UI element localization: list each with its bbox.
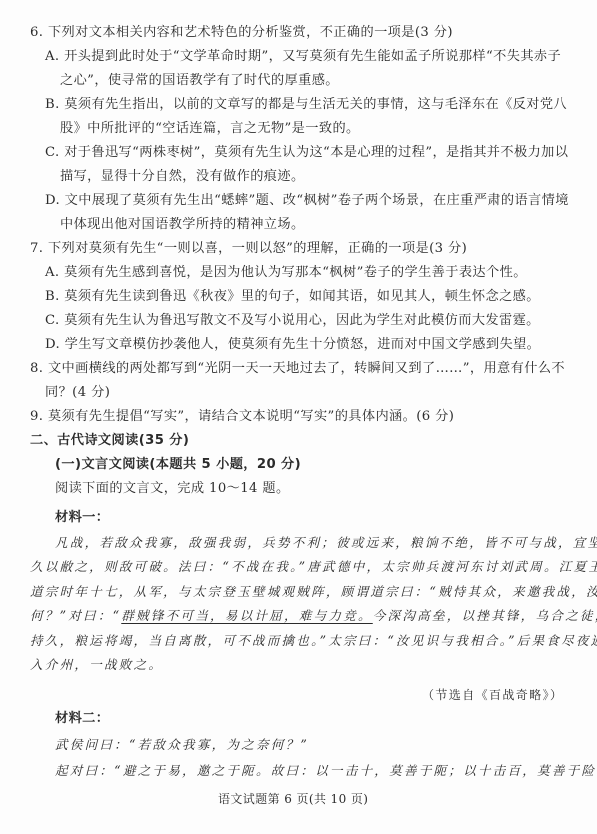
- question-7-stem: 7. 下列对莫须有先生“一则以喜，一则以怒”的理解，正确的一项是(3 分): [30, 240, 467, 258]
- material-one-line4-prefix: 何？”对曰：“: [30, 608, 121, 623]
- question-9-stem: 9. 莫须有先生提倡“写实”，请结合文本说明“写实”的具体内涵。(6 分): [30, 408, 454, 426]
- question-6-option-a-line1: A. 开头提到此时处于“文学革命时期”，又写莫须有先生能如孟子所说那样“不失其赤…: [45, 48, 561, 66]
- material-one-line6: 入介州，一战败之。: [30, 656, 163, 674]
- material-one-line4-suffix: 今深沟高垒，以挫其锋，乌合之徒，莫能: [373, 608, 597, 623]
- question-8-stem-line1: 8. 文中画横线的两处都写到“光阴一天一天地过去了，转瞬间又到了……”，用意有什…: [30, 360, 565, 378]
- question-6-option-c-line2: 描写，显得十分自然，没有做作的痕迹。: [60, 168, 305, 186]
- section-title: 二、古代诗文阅读(35 分): [30, 432, 189, 450]
- question-7-option-d: D. 学生写文章模仿抄袭他人，使莫须有先生十分愤怒，进而对中国文学感到失望。: [45, 336, 540, 354]
- reading-instruction: 阅读下面的文言文，完成 10～14 题。: [55, 480, 290, 498]
- question-6-option-a-line2: 之心”，使寻常的国语教学有了时代的厚重感。: [60, 72, 339, 90]
- material-one-line4: 何？”对曰：“群贼锋不可当，易以计屈，难与力竞。今深沟高垒，以挫其锋，乌合之徒，…: [30, 607, 597, 625]
- material-one-line3: 道宗时年十七，从军，与太宗登玉壁城观贼阵，顾谓道宗曰：“贼恃其众，来邀我战，汝谓…: [30, 583, 597, 601]
- underlined-sentence: 群贼锋不可当，易以计屈，难与力竞。: [121, 608, 373, 623]
- material-one-line1: 凡战，若敌众我寡，敌强我弱，兵势不利；彼或远来，粮饷不绝，皆不可与战，宜坚壁持: [55, 534, 597, 552]
- question-6-option-d-line2: 中体现出他对国语教学所持的精神立场。: [60, 216, 305, 234]
- material-one-label: 材料一：: [55, 509, 109, 527]
- question-7-option-a: A. 莫须有先生感到喜悦，是因为他认为写那本“枫树”卷子的学生善于表达个性。: [45, 264, 527, 282]
- material-one-line5: 持久，粮运将竭，当自离散，可不战而擒也。”太宗曰：“汝见识与我相合。”后果食尽夜…: [30, 632, 597, 650]
- question-6-option-b-line1: B. 莫须有先生指出，以前的文章写的都是与生活无关的事情，这与毛泽东在《反对党八: [45, 96, 567, 114]
- question-6-option-c-line1: C. 对于鲁迅写“两株枣树”，莫须有先生认为这“本是心理的过程”，是指其并不极力…: [45, 144, 568, 162]
- question-6-option-b-line2: 股》中所批评的“空话连篇，言之无物”是一致的。: [60, 120, 360, 138]
- question-6-stem: 6. 下列对文本相关内容和艺术特色的分析鉴赏，不正确的一项是(3 分): [30, 24, 453, 42]
- page-footer: 语文试题第 6 页(共 10 页): [218, 790, 368, 808]
- material-one-line2: 久以敝之，则敌可破。法曰：“不战在我。”唐武德中，太宗帅兵渡河东讨刘武周。江夏王…: [30, 558, 597, 576]
- question-7-option-c: C. 莫须有先生认为鲁迅写散文不及写小说用心，因此为学生对此模仿而大发雷霆。: [45, 312, 540, 330]
- question-6-option-d-line1: D. 文中展现了莫须有先生出“蟋蟀”题、改“枫树”卷子两个场景，在庄重严肃的语言…: [45, 192, 569, 210]
- material-one-source: （节选自《百战奇略》）: [422, 686, 563, 704]
- question-8-stem-line2: 同？(4 分): [45, 384, 110, 402]
- material-two-line1: 武侯问曰：“若敌众我寡，为之奈何？”: [55, 736, 309, 754]
- subsection-title: (一)文言文阅读(本题共 5 小题，20 分): [55, 456, 301, 474]
- material-two-line2: 起对曰：“避之于易，邀之于阨。故曰：以一击十，莫善于阨；以十击百，莫善于险；以千: [55, 762, 597, 780]
- exam-page: 6. 下列对文本相关内容和艺术特色的分析鉴赏，不正确的一项是(3 分) A. 开…: [0, 0, 597, 834]
- question-7-option-b: B. 莫须有先生读到鲁迅《秋夜》里的句子，如闻其语，如见其人，顿生怀念之感。: [45, 288, 540, 306]
- material-two-label: 材料二：: [55, 710, 109, 728]
